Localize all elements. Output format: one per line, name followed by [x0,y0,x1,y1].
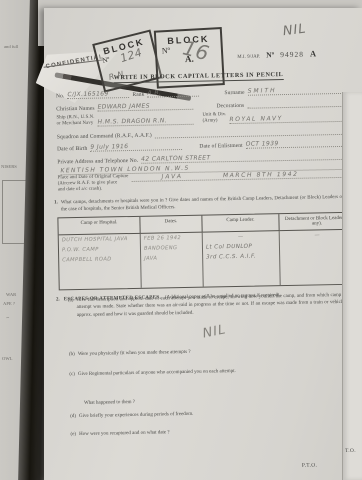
decorations-field [247,99,343,109]
left-page-fragment: and full [4,44,18,49]
capture-value-date: MARCH 8TH 1942 [223,171,299,179]
capture-label-line1: Place and Date of Original Capture [58,174,129,180]
question-2c-followup: What happened to them ? [84,390,135,409]
question-2b-label: (b) [69,351,75,358]
question-2c: (c) Give Regimental particulars of anyon… [69,368,236,378]
left-page-pencil-scribble: ~ [6,316,11,322]
camps-table: Camp or Hospital. Dates. Camp Leader. De… [57,212,356,291]
surname-field: SMITH [248,86,343,96]
question-2c-label: (c) [69,371,75,378]
mi9-number: 94928 [280,50,304,59]
question-2e-label: (e) [70,431,76,438]
field-row-no-rank-surname: No. C/JX.165169 Rank A.B. Surname SMITH [56,86,346,100]
enlistment-field: OCT 1939 [246,139,344,149]
christian-names-label: Christian Names [56,106,94,113]
col-header-dates: Dates. [140,216,202,234]
left-page-fragment: NISERS [1,164,17,169]
question-2-number: 2. [56,297,60,302]
handwritten-nil-top: NIL [282,21,307,39]
dates-column-entries: FEB 26 1942 BANDOENG JAVA [141,233,204,288]
question-1-text: What camps, detachments or hospitals wer… [61,194,350,214]
dob-field: 9 July 1916 [90,142,182,152]
dob-value: 9 July 1916 [90,143,128,151]
mi9-no-label: Nº [266,50,274,59]
surname-value: SMITH [248,87,277,95]
field-row-ship-unit: Ship (R.N., U.S.N. or Merchant Navy H.M.… [56,110,346,127]
unit-label-line2: (Army) [203,118,218,123]
question-2a-text: Give full description and approx. date o… [76,292,352,319]
question-2e-text: How were you recaptured and on what date… [79,429,170,438]
capture-label-line3: and date of a/c crash). [58,187,103,193]
rank-field: A.B. [147,89,199,98]
camps-table-body: DUTCH HOSPITAL JAVA P.O.W. CAMP CAMPBELL… [59,230,356,290]
question-2a-label: (a) [68,297,74,319]
form-heading: WRITE IN BLOCK CAPITAL LETTERS IN PENCIL [114,71,284,83]
underlying-page-right-edge: T.O. [342,92,362,480]
table-cell: Lt Col DUNLOP [206,243,276,250]
question-2d: (d) Give briefly your experiences during… [70,411,193,421]
ship-label: Ship (R.N., U.S.N. or Merchant Navy [56,115,94,127]
question-2a: (a) Give full description and approx. da… [68,292,352,319]
left-page-fragment: OWL [2,356,12,361]
right-edge-pto-fragment: T.O. [345,448,356,454]
mi9-prefix: M.I. 9/JAP. [237,54,260,59]
mi9-serial-line: M.I. 9/JAP. Nº 94928 A [237,48,316,60]
address-label: Private Address and Telephone No. [57,158,138,166]
unit-label-line1: Unit & Div. [202,112,226,117]
left-page-fragment: APE ? [3,301,15,306]
enlistment-label: Date of Enlistment [199,143,242,150]
no-field: C/JX.165169 [67,90,129,99]
block-number-stamp-1: BLOCK Nº 124 R.N. [92,29,162,92]
question-1-number: 1. [54,199,58,214]
question-2e: (e) How were you recaptured and on what … [70,429,169,438]
address-value-line1: 42 CARLTON STREET [141,154,211,162]
unit-div-field: ROYAL NAVY [229,113,343,123]
ship-value: H.M.S. DRAGON R.N. [98,117,168,125]
question-1: 1. What camps, detachments or hospitals … [54,194,350,214]
rank-label: Rank [132,92,144,98]
photographed-pow-liberation-questionnaire: and full NISERS WAR APE ? ~ OWL CONFIDEN… [0,0,362,480]
left-page-fragment: WAR [6,292,16,297]
col-header-leader: Camp Leader. [202,214,279,232]
unit-div-value: ROYAL NAVY [229,115,283,123]
leader-column-entries: — Lt Col DUNLOP 3rd C.C.S. A.I.F. [203,231,281,286]
unit-div-label: Unit & Div. (Army) [202,112,226,124]
ship-field: H.M.S. DRAGON R.N. [98,116,194,126]
no-label: No. [56,93,65,99]
handwritten-nil-answer: NIL [201,322,227,341]
question-2c-followup-text: What happened to them ? [84,400,135,406]
table-cell: — [206,233,276,240]
question-2b: (b) Were you physically fit when you mad… [69,349,191,359]
table-cell: JAVA [144,255,199,262]
mi9-suffix: A [310,48,316,58]
capture-label-line2: (Aircrew R.A.F. to give place [58,180,118,186]
squadron-label: Squadron and Command (R.A.F., A.A.F.) [57,133,152,141]
question-2d-label: (d) [70,413,76,420]
table-cell: DUTCH HOSPITAL JAVA [62,236,137,243]
question-2d-text: Give briefly your experiences during per… [79,411,194,420]
pto-label: P.T.O. [302,462,317,468]
field-row-squadron: Squadron and Command (R.A.F., A.A.F.) [57,127,347,141]
table-cell: CAMPBELL ROAD [62,256,137,263]
question-2c-text: Give Regimental particulars of anyone wh… [78,368,236,378]
table-cell: P.O.W. CAMP [62,246,137,253]
decorations-label: Decorations [217,103,245,110]
table-cell: BANDOENG [144,245,199,252]
christian-names-value: EDWARD JAMES [98,103,150,111]
question-2b-text: Were you physically fit when you made th… [78,349,191,358]
dob-label: Date of Birth [57,146,87,153]
squadron-field [155,127,344,139]
no-value: C/JX.165169 [67,90,108,98]
capture-label: Place and Date of Original Capture (Airc… [58,174,129,193]
capture-value-place: JAVA [161,173,183,180]
col-header-camp: Camp or Hospital. [58,217,140,236]
field-row-dob-enlistment: Date of Birth 9 July 1916 Date of Enlist… [57,139,347,153]
ship-label-line2: or Merchant Navy [57,120,94,126]
table-cell: 3rd C.C.S. A.I.F. [206,253,276,260]
enlistment-value: OCT 1939 [246,140,279,148]
christian-names-field: EDWARD JAMES [98,102,194,112]
surname-label: Surname [224,90,244,96]
questionnaire-page: CONFIDENTIAL BLOCK Nº 124 R.N. BLOCK Nº … [44,8,362,480]
table-cell: FEB 26 1942 [144,235,199,242]
camp-column-entries: DUTCH HOSPITAL JAVA P.O.W. CAMP CAMPBELL… [59,234,142,290]
rank-value: A.B. [147,89,161,96]
